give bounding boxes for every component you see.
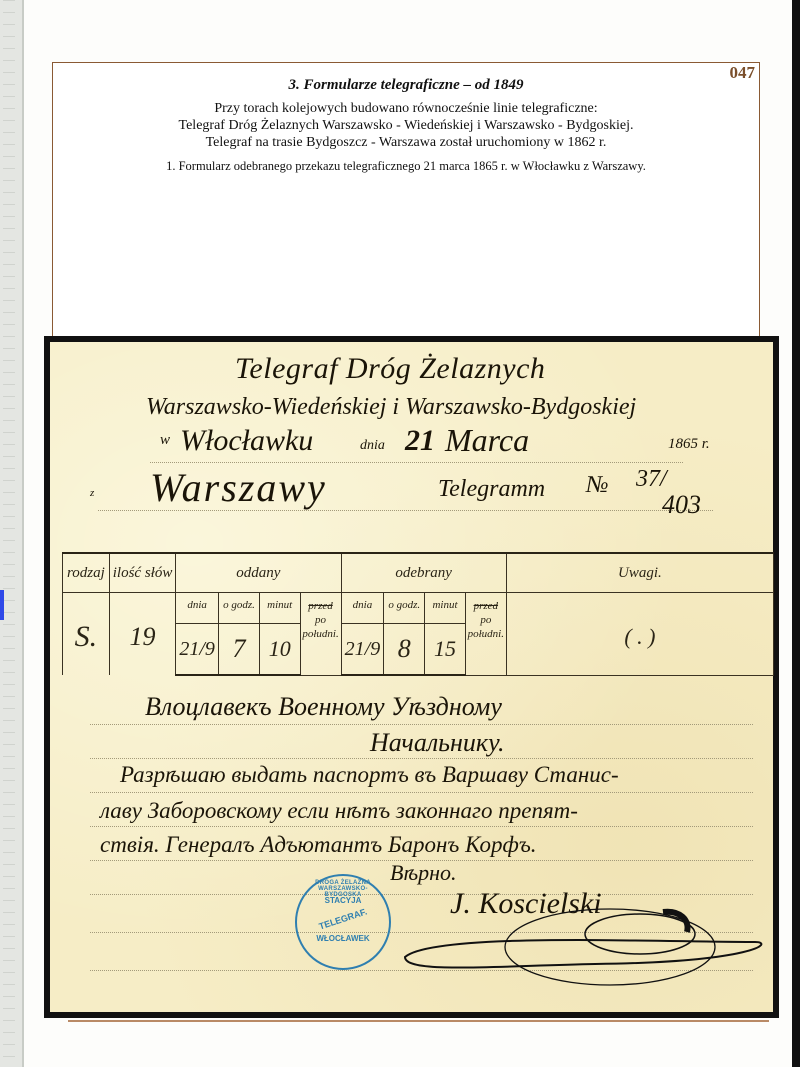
telegram-number-bottom: 403	[662, 490, 701, 520]
header-oddany: oddany	[176, 553, 341, 593]
station-stamp: DROGA ŻELAZNA WARSZAWSKO-BYDGOSKA STACYJ…	[295, 874, 391, 970]
from-prefix: z	[90, 487, 94, 499]
stamp-line-3: WŁOCŁAWEK	[297, 934, 389, 943]
value-rodzaj: S.	[63, 593, 110, 676]
caption-block: 3. Formularze telegraficzne – od 1849 Pr…	[53, 77, 759, 174]
ruled-line	[90, 826, 753, 827]
signature-flourish-icon	[395, 902, 775, 992]
odebrany-pora: przed po południ.	[465, 593, 506, 676]
subheader-oddany-dnia: dnia	[176, 593, 219, 624]
date-year: 1865 r.	[668, 436, 710, 453]
subheader-odebrany-godz: o godz.	[384, 593, 425, 624]
value-odebrany-dnia: 21/9	[341, 624, 384, 676]
message-body-line: ствія. Генералъ Адъютантъ Баронъ Корфъ.	[100, 832, 537, 858]
ruled-line	[90, 792, 753, 793]
scan-right-edge	[792, 0, 800, 1067]
po-label: po	[466, 613, 506, 627]
ruled-line	[90, 894, 753, 895]
place-city: Włocławku	[180, 424, 313, 458]
value-oddany-godz: 7	[219, 624, 260, 676]
poludn-label: południ.	[466, 627, 506, 641]
poludn-label: południ.	[301, 627, 341, 641]
value-odebrany-minut: 15	[425, 624, 466, 676]
verified-note: Вѣрно.	[390, 860, 457, 886]
telegram-header-title: Telegraf Dróg Żelaznych	[235, 352, 545, 386]
scanner-blue-mark	[0, 590, 4, 620]
telegram-form: Telegraf Dróg Żelaznych Warszawsko-Wiede…	[44, 336, 779, 1018]
date-prefix: dnia	[360, 438, 385, 454]
telegram-number-top: 37/	[636, 466, 667, 493]
przed-struck: przed	[466, 599, 506, 613]
section-title: 3. Formularze telegraficzne – od 1849	[53, 77, 759, 94]
ruled-line	[90, 758, 753, 759]
value-oddany-dnia: 21/9	[176, 624, 219, 676]
description-line: Przy torach kolejowych budowano równocze…	[53, 100, 759, 117]
value-ilosc-slow: 19	[109, 593, 175, 676]
description-line: Telegraf Dróg Żelaznych Warszawsko - Wie…	[53, 117, 759, 134]
transmission-table: rodzaj ilość słów oddany odebrany Uwagi.…	[62, 552, 774, 676]
subheader-oddany-minut: minut	[259, 593, 300, 624]
description-line: Telegraf na trasie Bydgoszcz - Warszawa …	[53, 134, 759, 151]
date-day: 21	[405, 424, 435, 458]
scanner-edge-strip	[0, 0, 24, 1067]
date-month: Marca	[445, 422, 529, 459]
value-odebrany-godz: 8	[384, 624, 425, 676]
description: Przy torach kolejowych budowano równocze…	[53, 100, 759, 151]
scanner-ruler-ticks	[3, 0, 15, 1067]
place-prefix: w	[160, 432, 170, 449]
telegram-header-subtitle: Warszawsko-Wiedeńskiej i Warszawsko-Bydg…	[146, 394, 636, 421]
stamp-line-2: TELEGRAF.	[298, 900, 389, 938]
ruled-line	[150, 462, 683, 463]
number-label: №	[586, 472, 609, 499]
message-addressee: Влоцлавекъ Военному Уѣздному	[145, 692, 502, 722]
value-oddany-minut: 10	[259, 624, 300, 676]
subheader-odebrany-minut: minut	[425, 593, 466, 624]
value-uwagi: ( . )	[506, 593, 773, 676]
header-odebrany: odebrany	[341, 553, 506, 593]
header-ilosc-slow: ilość słów	[109, 553, 175, 593]
message-addressee-title: Начальнику.	[370, 728, 504, 758]
oddany-pora: przed po południ.	[300, 593, 341, 676]
po-label: po	[301, 613, 341, 627]
header-rodzaj: rodzaj	[63, 553, 110, 593]
telegramm-label: Telegramm	[438, 476, 545, 503]
przed-struck: przed	[301, 599, 341, 613]
item-caption: 1. Formularz odebranego przekazu telegra…	[53, 159, 759, 174]
message-body-line: Разрѣшаю выдать паспортъ въ Варшаву Стан…	[120, 762, 619, 788]
header-uwagi: Uwagi.	[506, 553, 773, 593]
ruled-line	[90, 724, 753, 725]
subheader-oddany-godz: o godz.	[219, 593, 260, 624]
message-body-line: лаву Заборовскому если нѣтъ законнаго пр…	[100, 798, 578, 824]
subheader-odebrany-dnia: dnia	[341, 593, 384, 624]
from-city: Warszawy	[150, 464, 327, 511]
mount-shadow	[68, 1020, 769, 1022]
